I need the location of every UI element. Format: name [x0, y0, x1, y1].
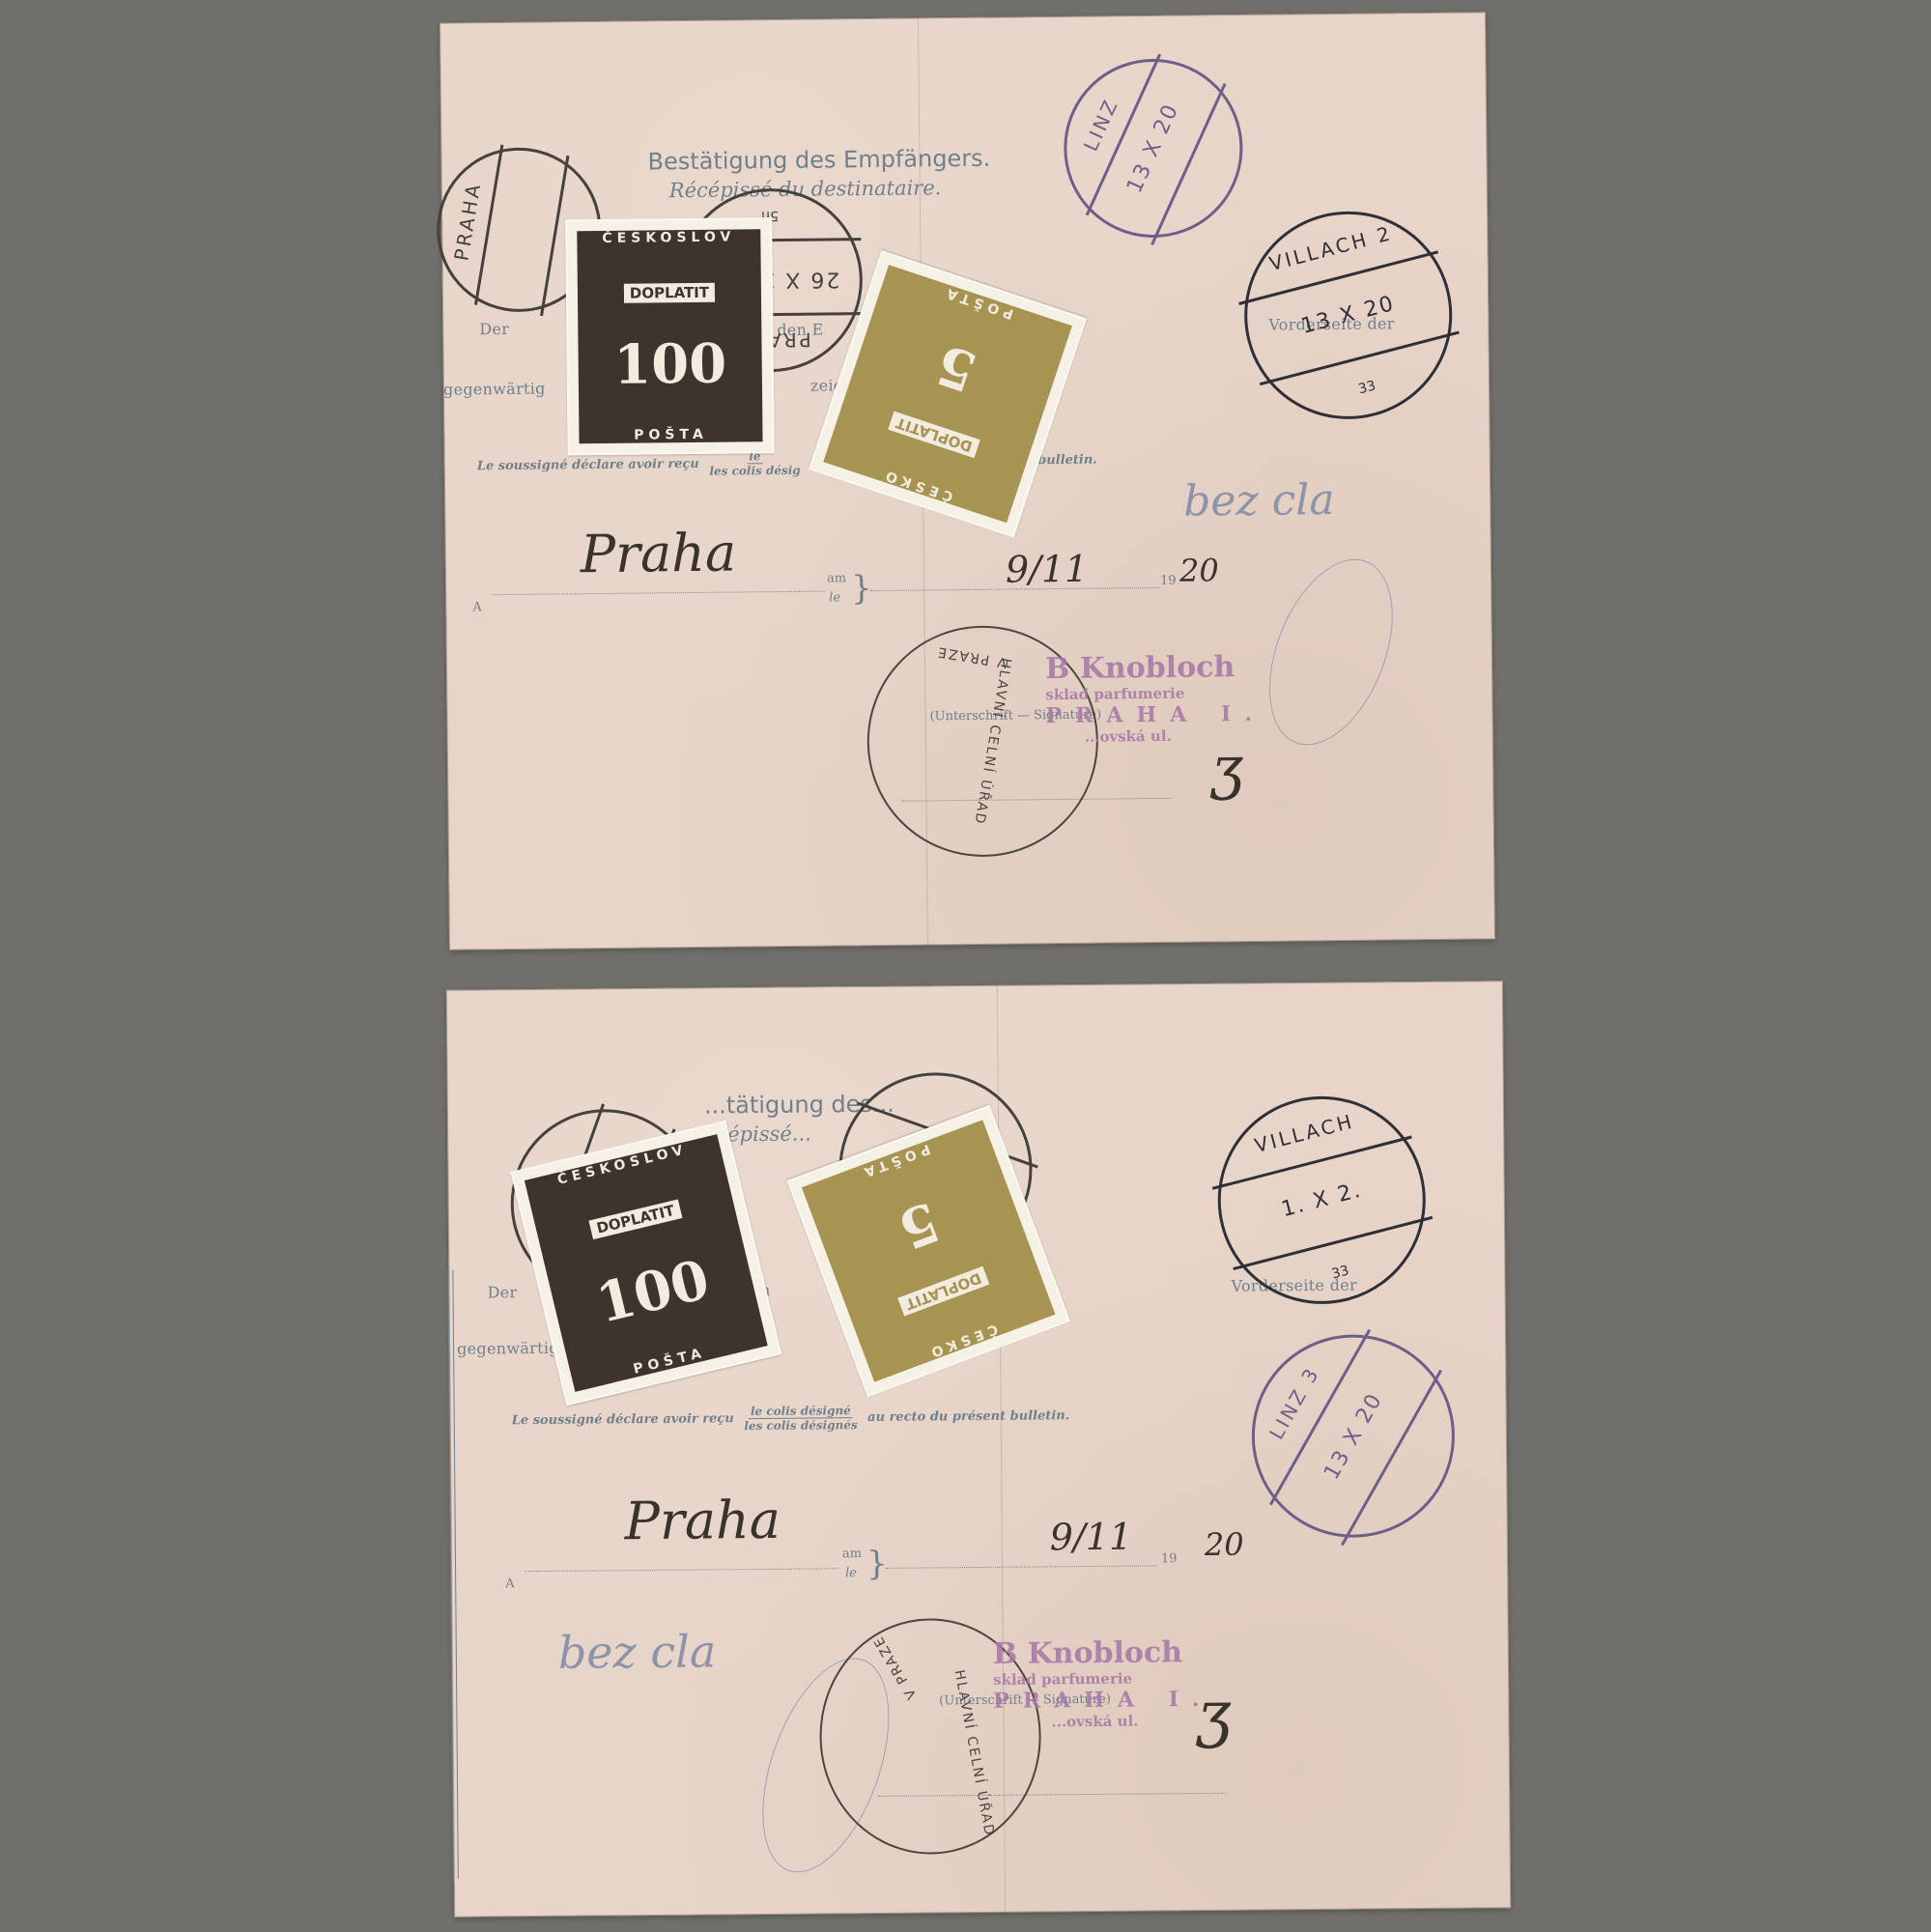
brace-glyph: } [851, 569, 872, 608]
am-label: am [842, 1547, 862, 1561]
fraction-denominator: les colis désignés [744, 1418, 857, 1433]
handwritten-signature: ʒ [1210, 734, 1244, 802]
pencil-loop-mark [1245, 542, 1417, 763]
brace-glyph: } [866, 1545, 888, 1583]
postmark-villach: VILLACH 2 13 X 20 33 [1222, 188, 1475, 441]
place-dotted-line [492, 591, 825, 596]
handwritten-year: 20 [1179, 552, 1219, 588]
fraction-numerator: le colis désigné [749, 1404, 853, 1419]
le-label: le [829, 590, 840, 605]
place-prefix: A [472, 600, 482, 614]
year-prefix: 19 [1161, 1551, 1178, 1566]
french-declaration-start: Le soussigné déclare avoir reçu [512, 1411, 734, 1428]
colis-fraction: le colis désigné les colis désignés [744, 1404, 858, 1433]
handwritten-year: 20 [1205, 1526, 1244, 1563]
form-line3-french: Le soussigné déclare avoir reçu le colis… [512, 1402, 1070, 1435]
form-title-german: Bestätigung des Empfängers. [647, 145, 990, 176]
pencil-note: bez cla [558, 1625, 717, 1678]
handwritten-place: Praha [624, 1490, 781, 1551]
parcel-receipt-card-bottom: ...tätigung des... ...épissé... Der t de… [446, 980, 1511, 1918]
french-declaration-end: au recto du présent bulletin. [867, 1408, 1069, 1425]
fraction-denominator: les colis désig [709, 464, 800, 478]
postmark-linz: LINZ 13 X 20 [1035, 30, 1271, 267]
postage-due-stamp-100: ČESKOSLOV DOPLATIT 100 POŠTA [510, 1121, 781, 1406]
form-line1-left: Der [487, 1283, 517, 1301]
handwritten-date: 9/11 [1050, 1516, 1133, 1559]
form-line1-left: Der [479, 320, 509, 338]
date-dotted-line [886, 1565, 1156, 1568]
handwritten-date: 9/11 [1006, 548, 1089, 591]
pencil-note: bez cla [1183, 475, 1335, 526]
parcel-receipt-card-top: Bestätigung des Empfängers. Récépissé du… [440, 12, 1495, 950]
postage-due-stamp-100: ČESKOSLOV DOPLATIT 100 POŠTA [565, 217, 775, 455]
form-line2-left: gegenwärtig [443, 380, 546, 399]
handwritten-place: Praha [580, 523, 736, 585]
company-stamp: B Knobloch sklad parfumerie PRAHA I. ...… [993, 1635, 1213, 1731]
card-edge-rule [447, 1270, 458, 1879]
place-prefix: A [505, 1577, 515, 1591]
place-dotted-line [525, 1568, 838, 1572]
am-label: am [827, 571, 846, 585]
year-prefix: 19 [1160, 574, 1177, 588]
le-label: le [845, 1566, 857, 1580]
handwritten-signature: ʒ [1196, 1679, 1232, 1750]
french-declaration-start: Le soussigné déclare avoir reçu [477, 457, 699, 473]
company-stamp: B Knobloch sklad parfumerie PRAHA I. ...… [1045, 650, 1265, 746]
postmark-linz: LINZ 3 13 X 20 [1215, 1298, 1491, 1575]
